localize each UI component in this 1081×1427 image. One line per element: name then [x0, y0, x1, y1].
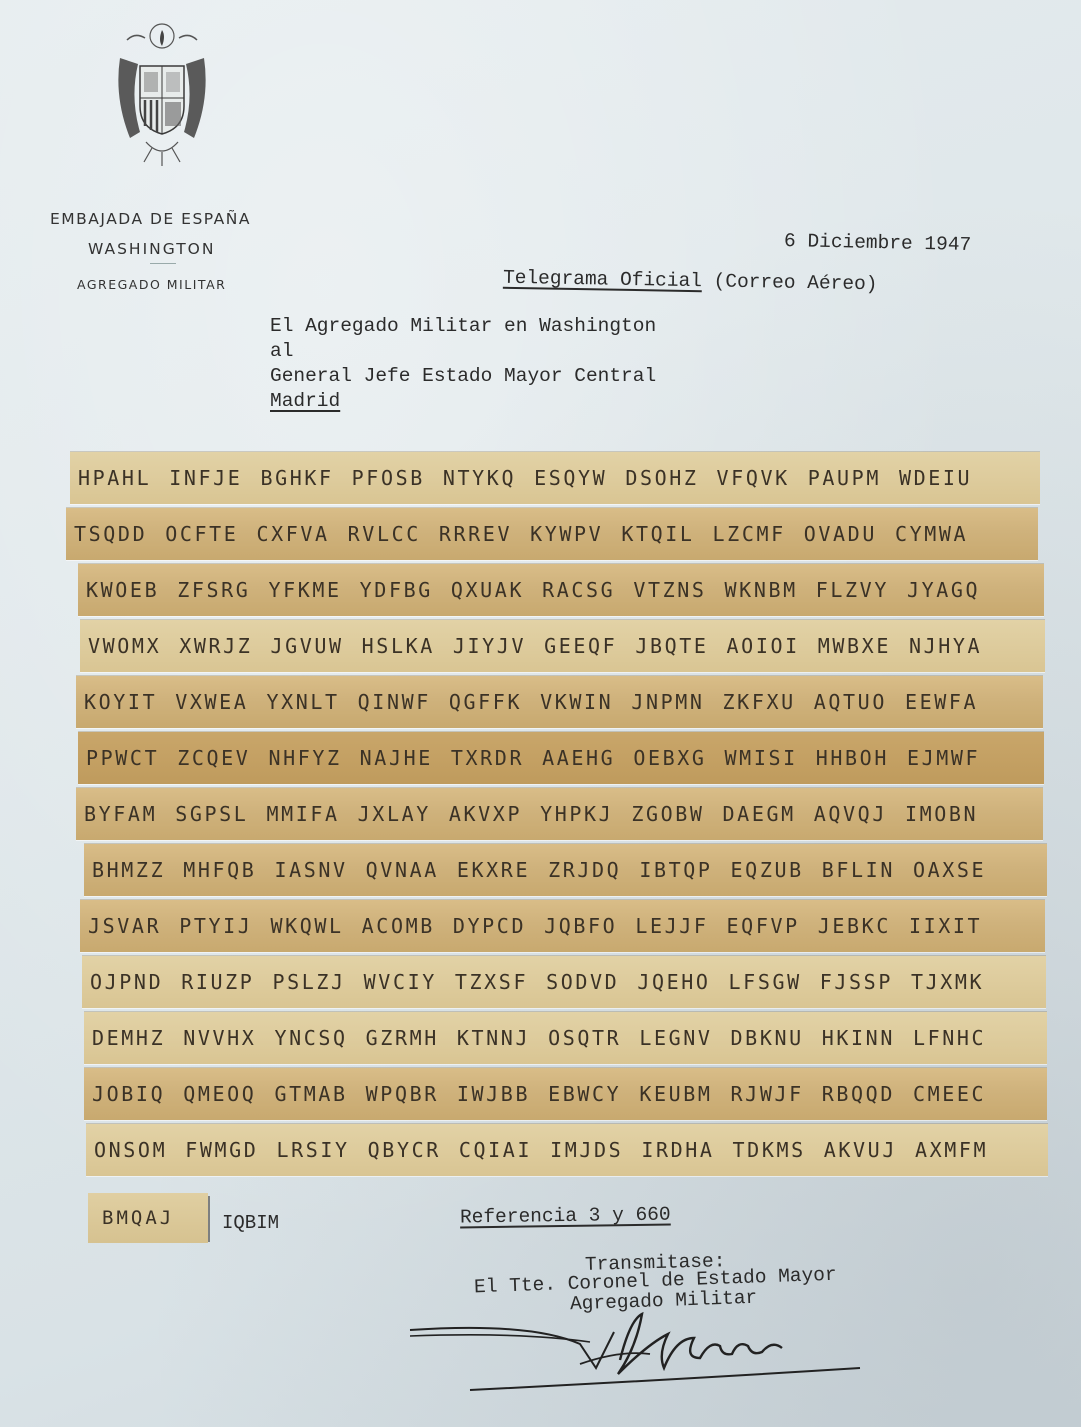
cipher-group: IWJBB: [457, 1082, 530, 1106]
cipher-group: RBQQD: [822, 1082, 895, 1106]
cipher-group: LZCMF: [713, 522, 786, 546]
cipher-group: JQEHO: [637, 970, 710, 994]
cipher-strip-text: DEMHZNVVHXYNCSQGZRMHKTNNJOSQTRLEGNVDBKNU…: [84, 1026, 986, 1050]
cipher-group: QVNAA: [366, 858, 439, 882]
cipher-group: EEWFA: [905, 690, 978, 714]
letterhead-office: AGREGADO MILITAR: [77, 277, 226, 292]
cipher-group: YHPKJ: [540, 802, 613, 826]
telegram-subtitle: (Correo Aéreo): [713, 270, 877, 295]
cipher-strip: ONSOMFWMGDLRSIYQBYCRCQIAIIMJDSIRDHATDKMS…: [86, 1124, 1048, 1176]
cipher-group: GTMAB: [274, 1082, 347, 1106]
cipher-group: AKVUJ: [824, 1138, 897, 1162]
cipher-group: ZRJDQ: [548, 858, 621, 882]
cipher-group: IIXIT: [909, 914, 982, 938]
cipher-group: BGHKF: [260, 466, 333, 490]
cipher-group: PTYIJ: [179, 914, 252, 938]
cipher-strip: DEMHZNVVHXYNCSQGZRMHKTNNJOSQTRLEGNVDBKNU…: [84, 1012, 1047, 1064]
cipher-group: JEBKC: [818, 914, 891, 938]
cipher-group: WKNBM: [725, 578, 798, 602]
cipher-group: JBQTE: [635, 634, 708, 658]
cipher-group: SGPSL: [175, 802, 248, 826]
cipher-group: KYWPV: [530, 522, 603, 546]
cipher-group: IASNV: [274, 858, 347, 882]
document-date: 6 Diciembre 1947: [784, 230, 972, 256]
cipher-strip-text: TSQDDOCFTECXFVARVLCCRRREVKYWPVKTQILLZCMF…: [66, 522, 968, 546]
cipher-tape-strips: HPAHLINFJEBGHKFPFOSBNTYKQESQYWDSOHZVFQVK…: [70, 452, 1050, 1180]
cipher-group: ZGOBW: [631, 802, 704, 826]
cipher-group: HHBOH: [816, 746, 889, 770]
cipher-strip-text: KWOEBZFSRGYFKMEYDFBGQXUAKRACSGVTZNSWKNBM…: [78, 578, 980, 602]
cipher-group: SODVD: [546, 970, 619, 994]
cipher-group: KTNNJ: [457, 1026, 530, 1050]
cipher-group: JXLAY: [358, 802, 431, 826]
cipher-group: YFKME: [268, 578, 341, 602]
cipher-group: TSQDD: [74, 522, 147, 546]
cipher-group: VWOMX: [88, 634, 161, 658]
cipher-group: KEUBM: [639, 1082, 712, 1106]
cipher-group: GEEQF: [544, 634, 617, 658]
cipher-group: XWRJZ: [179, 634, 252, 658]
cipher-group: CQIAI: [459, 1138, 532, 1162]
cipher-group: VFQVK: [717, 466, 790, 490]
cipher-group: FWMGD: [185, 1138, 258, 1162]
address-connector: al: [270, 339, 656, 364]
cipher-group: JIYJV: [453, 634, 526, 658]
cipher-group: GZRMH: [366, 1026, 439, 1050]
cipher-group: IMJDS: [550, 1138, 623, 1162]
letterhead-city: WASHINGTON: [88, 240, 215, 258]
telegram-heading: Telegrama Oficial (Correo Aéreo): [503, 267, 878, 296]
cipher-group: IBTQP: [639, 858, 712, 882]
address-city: Madrid: [270, 390, 340, 412]
cipher-group: YNCSQ: [274, 1026, 347, 1050]
cipher-strip: PPWCTZCQEVNHFYZNAJHETXRDRAAEHGOEBXGWMISI…: [78, 732, 1044, 784]
cipher-group: BFLIN: [822, 858, 895, 882]
cipher-group: DSOHZ: [625, 466, 698, 490]
letterhead-embassy: EMBAJADA DE ESPAÑA: [50, 210, 251, 228]
reference-text: Referencia 3 y 660: [460, 1204, 671, 1229]
cipher-group: LRSIY: [276, 1138, 349, 1162]
cipher-strip: JSVARPTYIJWKQWLACOMBDYPCDJQBFOLEJJFEQFVP…: [80, 900, 1045, 952]
cipher-group: PAUPM: [808, 466, 881, 490]
cipher-group: ZFSRG: [177, 578, 250, 602]
cipher-group: NVVHX: [183, 1026, 256, 1050]
cipher-group: VKWIN: [540, 690, 613, 714]
cipher-group: BHMZZ: [92, 858, 165, 882]
cipher-group: YXNLT: [266, 690, 339, 714]
cipher-group: KTQIL: [621, 522, 694, 546]
cipher-group: WPQBR: [366, 1082, 439, 1106]
cipher-group: QINWF: [358, 690, 431, 714]
cipher-group: CYMWA: [895, 522, 968, 546]
cipher-group: DBKNU: [731, 1026, 804, 1050]
cipher-group: EJMWF: [907, 746, 980, 770]
cipher-group: QGFFK: [449, 690, 522, 714]
cipher-group: TZXSF: [455, 970, 528, 994]
cipher-group: RJWJF: [731, 1082, 804, 1106]
cipher-group: EKXRE: [457, 858, 530, 882]
cipher-group: EQFVP: [727, 914, 800, 938]
cipher-group: VTZNS: [633, 578, 706, 602]
cipher-group: NHFYZ: [268, 746, 341, 770]
cipher-group: AXMFM: [915, 1138, 988, 1162]
cipher-group: HPAHL: [78, 466, 151, 490]
cipher-group: RACSG: [542, 578, 615, 602]
cipher-group: JQBFO: [544, 914, 617, 938]
cipher-strip: OJPNDRIUZPPSLZJWVCIYTZXSFSODVDJQEHOLFSGW…: [82, 956, 1046, 1008]
cipher-group: HSLKA: [362, 634, 435, 658]
cipher-group: CXFVA: [256, 522, 329, 546]
reference-line: Referencia 3 y 660: [460, 1204, 671, 1229]
cipher-group: KOYIT: [84, 690, 157, 714]
cipher-group: AOIOI: [727, 634, 800, 658]
cipher-group: LEGNV: [639, 1026, 712, 1050]
cipher-strip-text: JSVARPTYIJWKQWLACOMBDYPCDJQBFOLEJJFEQFVP…: [80, 914, 982, 938]
cipher-group: MHFQB: [183, 858, 256, 882]
coat-of-arms-eagle-icon: [112, 18, 212, 178]
cipher-strip-text: OJPNDRIUZPPSLZJWVCIYTZXSFSODVDJQEHOLFSGW…: [82, 970, 984, 994]
cipher-group: JGVUW: [270, 634, 343, 658]
cipher-group: OCFTE: [165, 522, 238, 546]
cipher-group: WMISI: [725, 746, 798, 770]
cipher-group: LFNHC: [913, 1026, 986, 1050]
address-from: El Agregado Militar en Washington: [270, 314, 656, 339]
cipher-group: AQTUO: [814, 690, 887, 714]
cipher-strip-text: VWOMXXWRJZJGVUWHSLKAJIYJVGEEQFJBQTEAOIOI…: [80, 634, 982, 658]
cipher-group: JOBIQ: [92, 1082, 165, 1106]
cipher-group: RIUZP: [181, 970, 254, 994]
cipher-group: EBWCY: [548, 1082, 621, 1106]
cipher-group: YDFBG: [360, 578, 433, 602]
cipher-group: LEJJF: [635, 914, 708, 938]
cipher-group: NTYKQ: [443, 466, 516, 490]
cipher-group: EQZUB: [731, 858, 804, 882]
cipher-group: DAEGM: [723, 802, 796, 826]
letterhead-divider: [150, 263, 176, 264]
handwritten-signature-icon: [400, 1310, 870, 1400]
cipher-strip: BHMZZMHFQBIASNVQVNAAEKXREZRJDQIBTQPEQZUB…: [84, 844, 1047, 896]
cipher-strip-text: ONSOMFWMGDLRSIYQBYCRCQIAIIMJDSIRDHATDKMS…: [86, 1138, 988, 1162]
tape-edge-mark: [208, 1196, 210, 1242]
cipher-group: OAXSE: [913, 858, 986, 882]
typed-cipher-group: IQBIM: [222, 1212, 279, 1234]
cipher-group: QBYCR: [368, 1138, 441, 1162]
cipher-group: IMOBN: [905, 802, 978, 826]
cipher-group: DEMHZ: [92, 1026, 165, 1050]
cipher-group: OSQTR: [548, 1026, 621, 1050]
cipher-group: RRREV: [439, 522, 512, 546]
cipher-strip-text: BYFAMSGPSLMMIFAJXLAYAKVXPYHPKJZGOBWDAEGM…: [76, 802, 978, 826]
cipher-group: AQVQJ: [814, 802, 887, 826]
cipher-strip-text: HPAHLINFJEBGHKFPFOSBNTYKQESQYWDSOHZVFQVK…: [70, 466, 972, 490]
cipher-group: CMEEC: [913, 1082, 986, 1106]
cipher-group: AKVXP: [449, 802, 522, 826]
address-block: El Agregado Militar en Washington al Gen…: [270, 314, 656, 414]
cipher-strip: KOYITVXWEAYXNLTQINWFQGFFKVKWINJNPMNZKFXU…: [76, 676, 1043, 728]
cipher-group: BYFAM: [84, 802, 157, 826]
cipher-group: ZCQEV: [177, 746, 250, 770]
cipher-strip: TSQDDOCFTECXFVARVLCCRRREVKYWPVKTQILLZCMF…: [66, 508, 1038, 560]
cipher-group: NJHYA: [909, 634, 982, 658]
cipher-group: WVCIY: [364, 970, 437, 994]
cipher-group: MMIFA: [266, 802, 339, 826]
cipher-strip: KWOEBZFSRGYFKMEYDFBGQXUAKRACSGVTZNSWKNBM…: [78, 564, 1044, 616]
cipher-group: FLZVY: [816, 578, 889, 602]
cipher-group: JYAGQ: [907, 578, 980, 602]
cipher-strip-text: KOYITVXWEAYXNLTQINWFQGFFKVKWINJNPMNZKFXU…: [76, 690, 978, 714]
cipher-group: IRDHA: [641, 1138, 714, 1162]
cipher-group: JSVAR: [88, 914, 161, 938]
cipher-group: DYPCD: [453, 914, 526, 938]
cipher-group: TJXMK: [911, 970, 984, 994]
telegram-title: Telegrama Oficial: [503, 267, 702, 292]
address-to: General Jefe Estado Mayor Central: [270, 364, 656, 389]
cipher-group: MWBXE: [818, 634, 891, 658]
cipher-group: LFSGW: [729, 970, 802, 994]
cipher-group: ZKFXU: [723, 690, 796, 714]
cipher-group: WDEIU: [899, 466, 972, 490]
cipher-group: INFJE: [169, 466, 242, 490]
cipher-group: OVADU: [804, 522, 877, 546]
cipher-strip: BYFAMSGPSLMMIFAJXLAYAKVXPYHPKJZGOBWDAEGM…: [76, 788, 1043, 840]
cipher-group: AAEHG: [542, 746, 615, 770]
cipher-group: TDKMS: [733, 1138, 806, 1162]
cipher-strip: HPAHLINFJEBGHKFPFOSBNTYKQESQYWDSOHZVFQVK…: [70, 452, 1040, 504]
cipher-group: PPWCT: [86, 746, 159, 770]
cipher-group: JNPMN: [631, 690, 704, 714]
cipher-strip-text: JOBIQQMEOQGTMABWPQBRIWJBBEBWCYKEUBMRJWJF…: [84, 1082, 986, 1106]
cipher-group: KWOEB: [86, 578, 159, 602]
cipher-group: VXWEA: [175, 690, 248, 714]
cipher-group: OEBXG: [633, 746, 706, 770]
cipher-group: QXUAK: [451, 578, 524, 602]
cipher-strip-text: BHMZZMHFQBIASNVQVNAAEKXREZRJDQIBTQPEQZUB…: [84, 858, 986, 882]
cipher-group: WKQWL: [270, 914, 343, 938]
cipher-group: FJSSP: [820, 970, 893, 994]
cipher-group: NAJHE: [360, 746, 433, 770]
cipher-group: ESQYW: [534, 466, 607, 490]
cipher-strip: JOBIQQMEOQGTMABWPQBRIWJBBEBWCYKEUBMRJWJF…: [84, 1068, 1047, 1120]
cipher-strip-text: PPWCTZCQEVNHFYZNAJHETXRDRAAEHGOEBXGWMISI…: [78, 746, 980, 770]
cipher-group: ONSOM: [94, 1138, 167, 1162]
cipher-group: ACOMB: [362, 914, 435, 938]
cipher-last-tape: BMQAJ: [88, 1193, 208, 1243]
cipher-group: OJPND: [90, 970, 163, 994]
cipher-group: TXRDR: [451, 746, 524, 770]
cipher-group: RVLCC: [348, 522, 421, 546]
cipher-group: PFOSB: [352, 466, 425, 490]
cipher-strip: VWOMXXWRJZJGVUWHSLKAJIYJVGEEQFJBQTEAOIOI…: [80, 620, 1045, 672]
cipher-group: QMEOQ: [183, 1082, 256, 1106]
cipher-group: PSLZJ: [272, 970, 345, 994]
cipher-group: HKINN: [822, 1026, 895, 1050]
